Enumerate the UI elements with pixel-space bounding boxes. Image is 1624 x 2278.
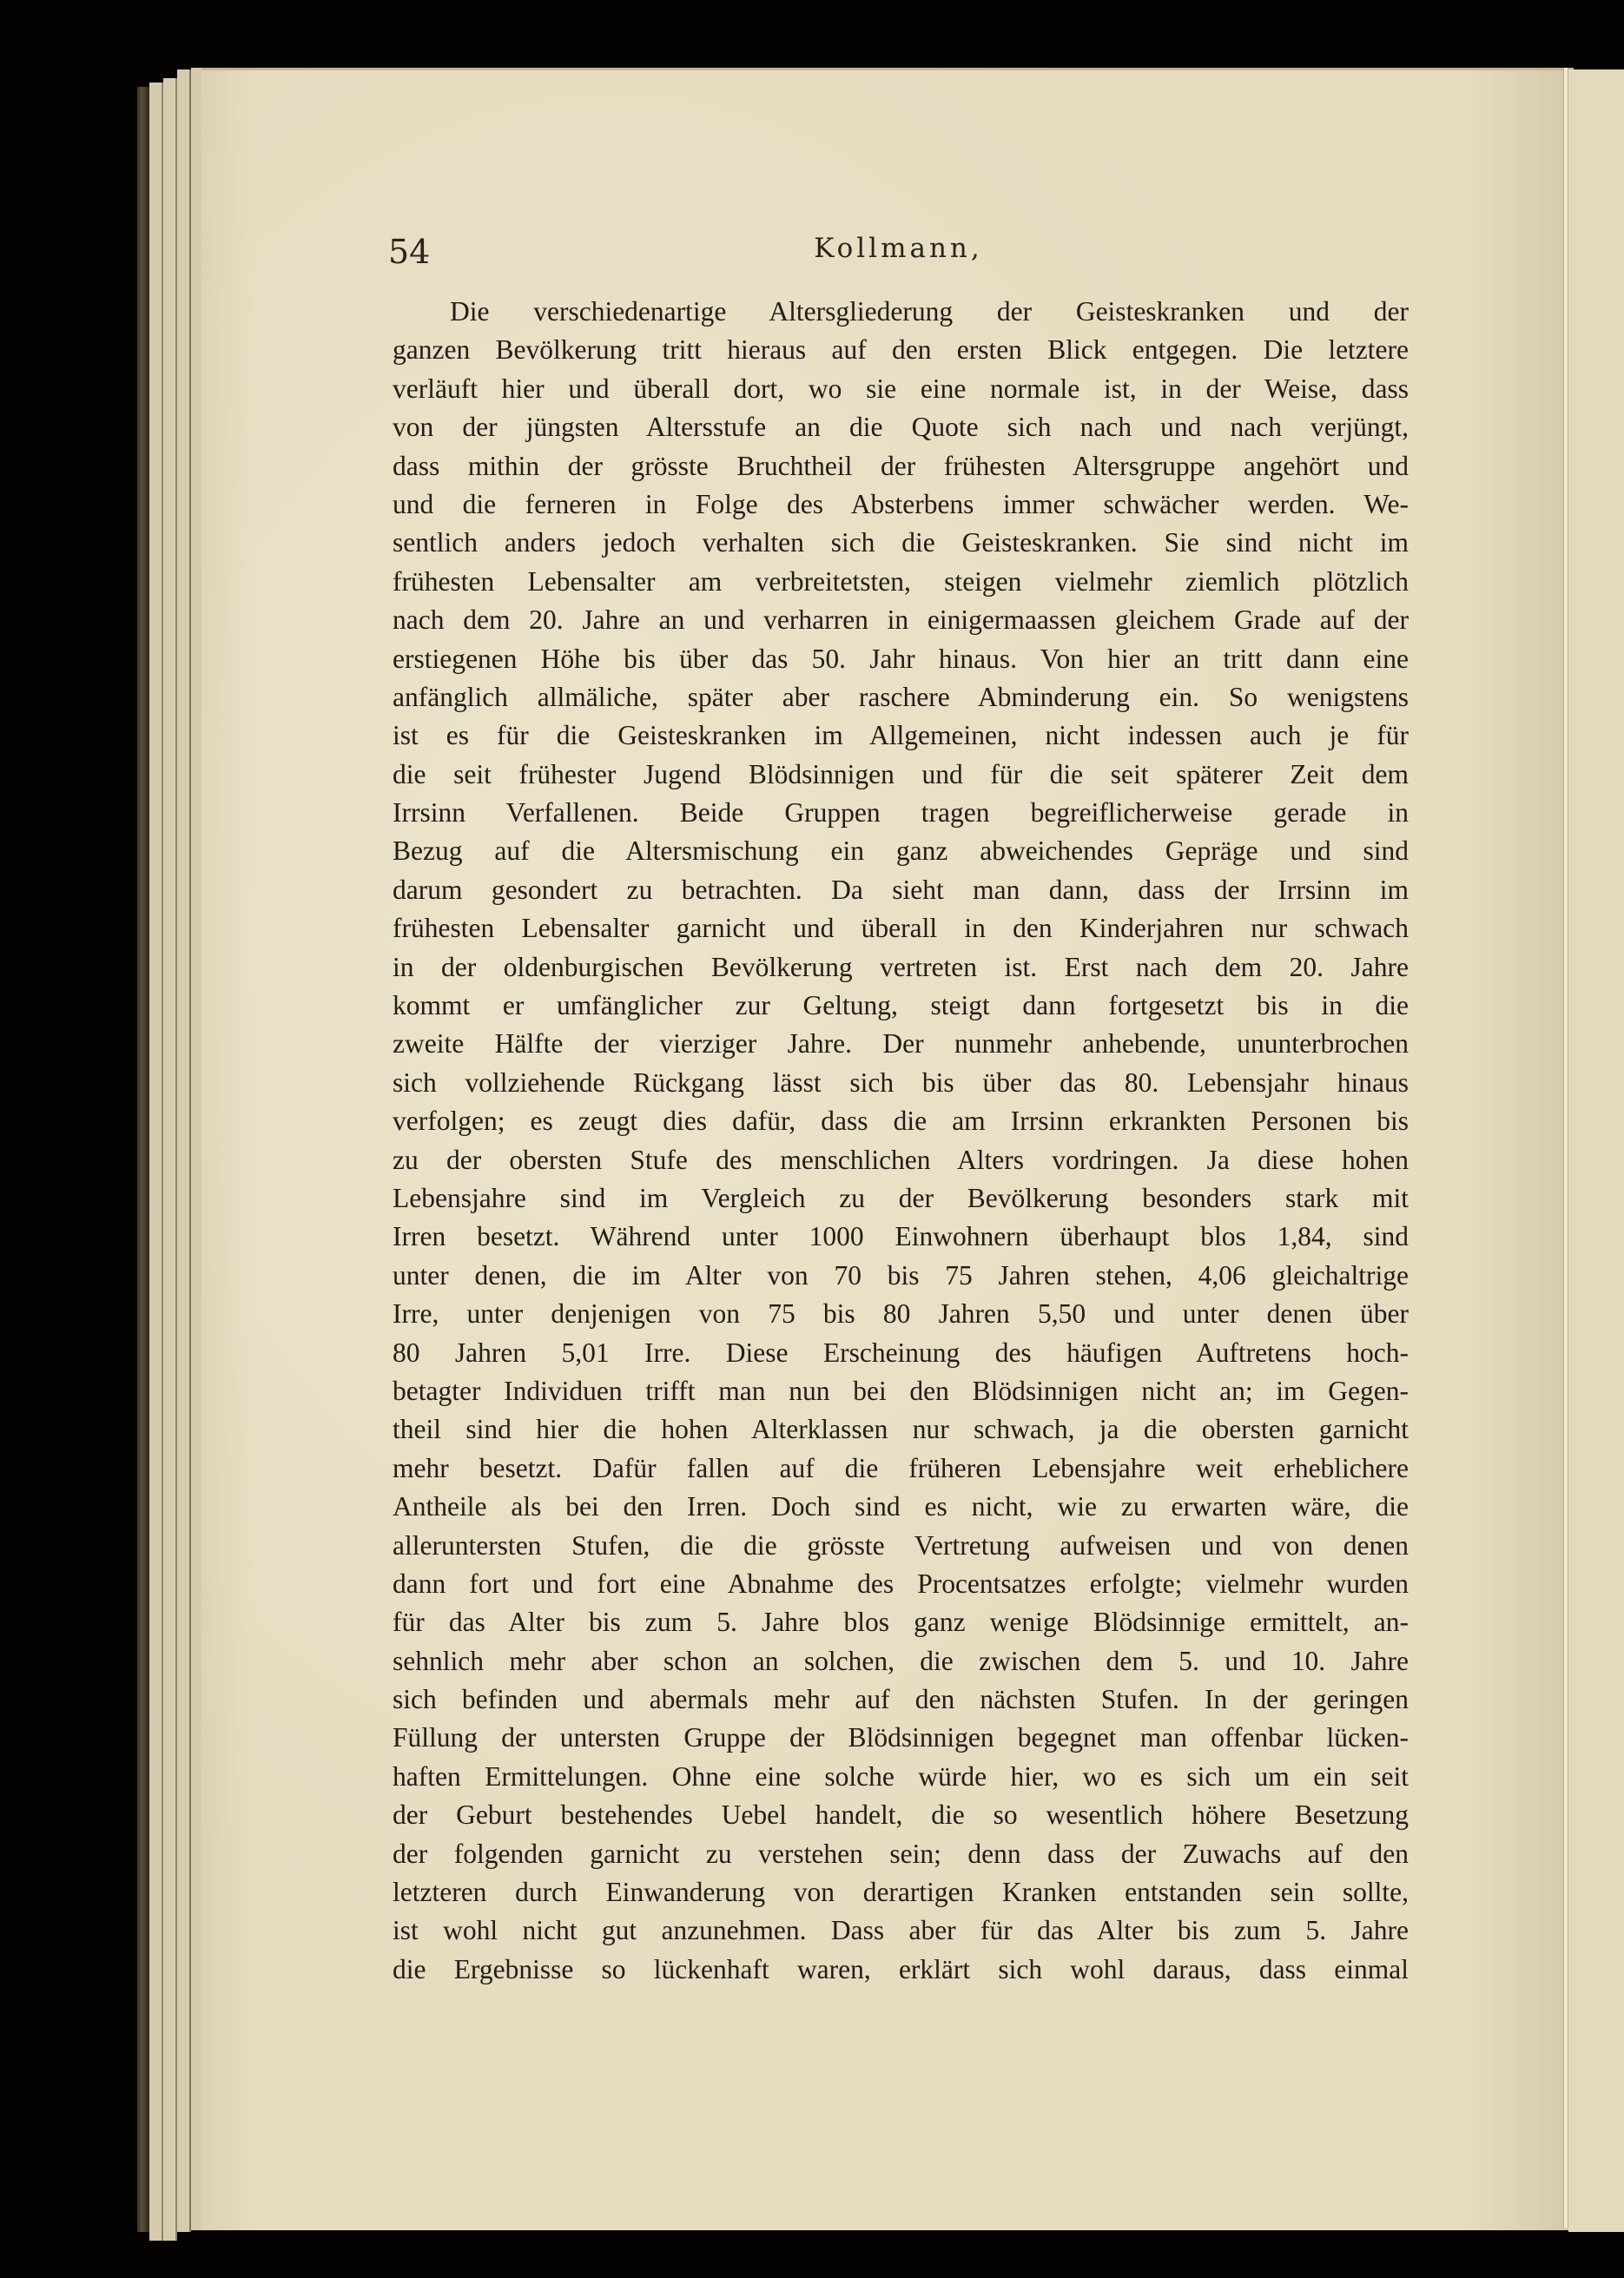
text-line: ist wohl nicht gut anzunehmen. Dass aber… <box>393 1912 1409 1950</box>
text-line: von der jüngsten Altersstufe an die Quot… <box>393 408 1409 446</box>
text-line: die seit frühester Jugend Blödsinnigen u… <box>393 756 1409 794</box>
text-line: alleruntersten Stufen, die die grösste V… <box>393 1527 1409 1565</box>
text-line: zu der obersten Stufe des menschlichen A… <box>393 1141 1409 1179</box>
text-line: zweite Hälfte der vierziger Jahre. Der n… <box>393 1025 1409 1063</box>
body-paragraph: Die verschiedenartige Altersgliederung d… <box>393 293 1409 1989</box>
text-line: Die verschiedenartige Altersgliederung d… <box>393 293 1409 331</box>
text-line: für das Alter bis zum 5. Jahre blos ganz… <box>393 1603 1409 1641</box>
text-line: Lebensjahre sind im Vergleich zu der Bev… <box>393 1179 1409 1218</box>
text-line: nach dem 20. Jahre an und verharren in e… <box>393 601 1409 639</box>
running-head: 54 Kollmann, <box>388 233 1409 285</box>
text-line: Irre, unter denjenigen von 75 bis 80 Jah… <box>393 1295 1409 1333</box>
text-line: und die ferneren in Folge des Absterbens… <box>393 485 1409 524</box>
text-line: darum gesondert zu betrachten. Da sieht … <box>393 871 1409 909</box>
text-line: sehnlich mehr aber schon an solchen, die… <box>393 1642 1409 1680</box>
text-line: frühesten Lebensalter am verbreitetsten,… <box>393 563 1409 601</box>
text-line: der folgenden garnicht zu verstehen sein… <box>393 1835 1409 1873</box>
text-line: frühesten Lebensalter garnicht und übera… <box>393 909 1409 948</box>
facing-page-edge <box>1568 69 1624 2232</box>
text-line: Bezug auf die Altersmischung ein ganz ab… <box>393 832 1409 870</box>
text-line: erstiegenen Höhe bis über das 50. Jahr h… <box>393 640 1409 678</box>
book-page-edge <box>149 83 163 2241</box>
text-line: ist es für die Geisteskranken im Allgeme… <box>393 716 1409 755</box>
text-line: die Ergebnisse so lückenhaft waren, erkl… <box>393 1951 1409 1989</box>
text-line: sich vollziehende Rückgang lässt sich bi… <box>393 1064 1409 1102</box>
text-line: anfänglich allmäliche, später aber rasch… <box>393 678 1409 716</box>
text-line: mehr besetzt. Dafür fallen auf die frühe… <box>393 1449 1409 1488</box>
text-line: Antheile als bei den Irren. Doch sind es… <box>393 1488 1409 1526</box>
text-line: sich befinden und abermals mehr auf den … <box>393 1680 1409 1719</box>
running-title: Kollmann, <box>388 233 1409 264</box>
text-line: in der oldenburgischen Bevölkerung vertr… <box>393 948 1409 987</box>
text-line: ganzen Bevölkerung tritt hieraus auf den… <box>393 331 1409 369</box>
text-line: Irrsinn Verfallenen. Beide Gruppen trage… <box>393 794 1409 832</box>
text-line: Irren besetzt. Während unter 1000 Einwoh… <box>393 1218 1409 1256</box>
text-line: dann fort und fort eine Abnahme des Proc… <box>393 1565 1409 1603</box>
text-line: unter denen, die im Alter von 70 bis 75 … <box>393 1257 1409 1295</box>
book-page-edge <box>163 78 177 2241</box>
text-line: 80 Jahren 5,01 Irre. Diese Erscheinung d… <box>393 1334 1409 1372</box>
text-line: sentlich anders jedoch verhalten sich di… <box>393 524 1409 562</box>
text-line: kommt er umfänglicher zur Geltung, steig… <box>393 987 1409 1025</box>
text-line: betagter Individuen trifft man nun bei d… <box>393 1372 1409 1410</box>
text-line: haften Ermittelungen. Ohne eine solche w… <box>393 1758 1409 1796</box>
text-line: theil sind hier die hohen Alterklassen n… <box>393 1410 1409 1449</box>
text-line: letzteren durch Einwanderung von derarti… <box>393 1873 1409 1912</box>
text-line: Füllung der untersten Gruppe der Blödsin… <box>393 1719 1409 1757</box>
book-page-edge <box>177 69 191 2232</box>
text-line: der Geburt bestehendes Uebel handelt, di… <box>393 1796 1409 1834</box>
text-line: verläuft hier und überall dort, wo sie e… <box>393 370 1409 408</box>
book-edge-dark <box>137 87 149 2232</box>
text-line: verfolgen; es zeugt dies dafür, dass die… <box>393 1102 1409 1140</box>
text-line: dass mithin der grösste Bruchtheil der f… <box>393 447 1409 485</box>
